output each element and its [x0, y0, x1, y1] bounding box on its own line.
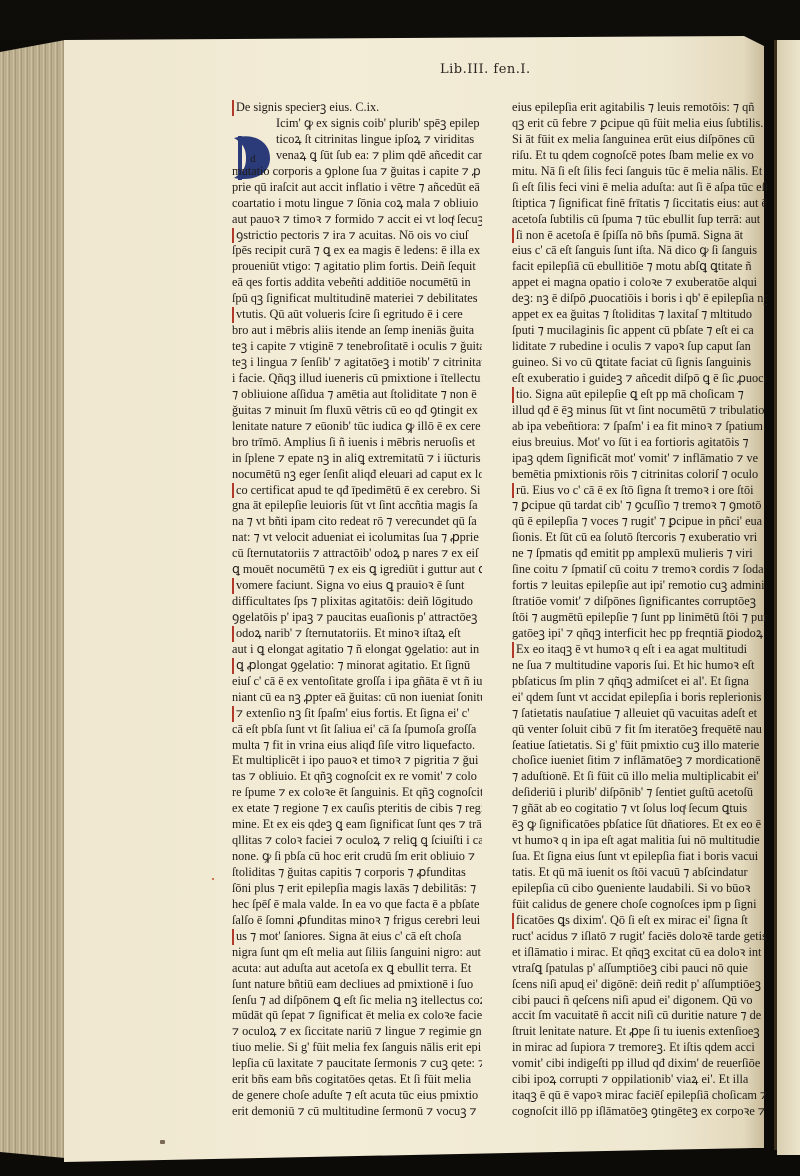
book-top-shadow — [0, 0, 800, 40]
text-line: ſputi ⁊ mucilaginis ſic appent cū pbſate… — [512, 323, 767, 339]
text-line: difficultates ſps ⁊ plixitas agitatōis: … — [232, 594, 482, 610]
text-line: i facie. Qñqꝫ illud iueneris cū pmixtion… — [232, 371, 482, 387]
text-line: qū venter ſoluit cibū ⁊ fit ſm iteratōeꝫ… — [512, 722, 767, 738]
text-line: nigra ſunt qm eſt melia aut ſiliis ſangu… — [232, 945, 482, 961]
text-line: acetoſa ſubtilis cū ſpuma ⁊ tūc ebullit … — [512, 212, 767, 228]
text-line: vomere faciunt. Signa vo eius ꝗ prauioꝛ … — [232, 578, 482, 594]
text-line: ſunt nature bñtiū eam decliues ad pmixti… — [232, 977, 482, 993]
text-line: gna āt epilepſie leuioris ſūt vt ſint ac… — [232, 498, 482, 514]
text-line: ſtoliditas ⁊ ǧuitas capitis ⁊ corporis ⁊… — [232, 865, 482, 881]
text-line: nat: ⁊ vt velocit adueniat ei icolumitas… — [232, 530, 482, 546]
text-line: pbſaticus ſm plin ⁊ qñqꝫ admiſcet ei al'… — [512, 674, 767, 690]
text-line: ſine coitu ⁊ ſpmatiſ cū coitu ⁊ tremoꝛ c… — [512, 562, 767, 578]
text-line: riſu. Et tu qdem cognoſcē potes ſbam mel… — [512, 148, 767, 164]
text-line: ⁊ gñāt ab eo cogitatio ⁊ vt ſolus loqͭ ſ… — [512, 801, 767, 817]
text-line: erit bñs eam bñs cogitatōes qetas. Et ſi… — [232, 1072, 482, 1088]
ink-speck — [582, 988, 584, 990]
paper-stain — [160, 1140, 165, 1144]
text-line: accit ſm vacuitatē ñ accit niſi cū durit… — [512, 1008, 767, 1024]
text-line: appet ei magna opatio i coloꝛe ⁊ exubera… — [512, 275, 767, 291]
text-line: fortis ⁊ leuitas epilepſie aut ipi' remo… — [512, 578, 767, 594]
text-line: ⁊ oculoꝝ ⁊ ex ſiccitate nariū ⁊ lingue ⁊… — [232, 1024, 482, 1040]
text-column-left: De signis specierꝫ eius. C.ix.Icim' ꝙ ex… — [232, 100, 482, 1120]
text-line: facit epilepſiā cū ebullitiōe ⁊ motu abſ… — [512, 259, 767, 275]
running-head: Lib.III. fen.I. — [440, 62, 531, 77]
text-line: cognoſcit illō pp iſlāmatōeꝫ ꝯtingēteꝫ e… — [512, 1104, 767, 1120]
text-line: ǧuitas ⁊ minuit ſm fluxū vētris cū eo qđ… — [232, 403, 482, 419]
text-line: illud qđ ē ēꝫ minus ſūt vt ſint nocumētū… — [512, 403, 767, 419]
text-line: appet ex ea ǧuitas ⁊ ſtoliditas ⁊ laxita… — [512, 307, 767, 323]
text-line: itaqꝫ ē qū ē vapoꝛ mirac faciēſ epilepſi… — [512, 1088, 767, 1104]
text-line: cā eſt pbſa ſunt vt ſit ſaliua ei' cā ſa… — [232, 722, 482, 738]
text-line: eiuſ c' cā ē ex ventoſitate groſſa i ipa… — [232, 674, 482, 690]
text-line: hec ſpēſ ē mala valde. In ea vo que fact… — [232, 897, 482, 913]
text-line: ne ⁊ ſpmatis qđ emitit pp amplexū mulier… — [512, 546, 767, 562]
text-line: ꝯstrictio pectoris ⁊ ira ⁊ acuitas. Nō o… — [232, 228, 482, 244]
text-line: qꝫ erit cū febre ⁊ ꝑcipue qū fūit melia … — [512, 116, 767, 132]
text-line: ficatōes ꝗs dixim'. Qō ſi eſt ex mirac e… — [512, 913, 767, 929]
text-line: coartatio i motu lingue ⁊ ſōnia coꝝ mala… — [232, 196, 482, 212]
text-line: venaꝝ ꝗ ſūt ſub ea: ⁊ plim qdē añcedit c… — [232, 148, 482, 164]
ink-speck — [212, 878, 214, 880]
text-line: ticoꝝ ſt citrinitas lingue ipſoꝝ ⁊ virid… — [232, 132, 482, 148]
text-line: in mirac ad ſupiora ⁊ tremoreꝫ. Et iſtis… — [512, 1040, 767, 1056]
text-line: re ſpume ⁊ ex coloꝛe ēt ſanguinis. Et qñ… — [232, 785, 482, 801]
text-line: vtutis. Qū aūt volueris ſcire ſi egritud… — [232, 307, 482, 323]
text-line: ſi non ē acetoſa ē ſpiſſa nō bñs ſpumā. … — [512, 228, 767, 244]
text-line: qllitas ⁊ coloꝛ faciei ⁊ oculoꝝ ⁊ reliꝗ … — [232, 833, 482, 849]
text-line: nocumētū nꝫ eger ſenſit aliqđ eleuari ad… — [232, 467, 482, 483]
text-line: qū ē epilepſia ⁊ voces ⁊ rugit' ⁊ ꝑcipue… — [512, 514, 767, 530]
text-line: ꝗ ꝓlongat ꝯgelatio: ⁊ minorat agitatio. … — [232, 658, 482, 674]
text-line: ne ſua ⁊ multitudine vaporis ſui. Et hic… — [512, 658, 767, 674]
text-line: ꝯgelatōis p' ipaꝫ ⁊ paucitas euaſionis p… — [232, 610, 482, 626]
text-line: et iſlāmatio i mirac. Et qñqꝫ excitat cū… — [512, 945, 767, 961]
text-line: gatōeꝫ ipi' ⁊ qñqꝫ interficit hec pp fre… — [512, 626, 767, 642]
text-line: ⁊ ꝑcipue qū tardat cib' ⁊ ꝯcuſſio ⁊ trem… — [512, 498, 767, 514]
text-line: ſtratiōe vomit' ⁊ diſpōnes ſignificantes… — [512, 594, 767, 610]
facing-page-edge — [777, 40, 800, 1155]
text-line: aut i ꝗ elongat agitatio ⁊ ñ elongat ꝯge… — [232, 642, 482, 658]
text-line: us ⁊ mot' ſaniores. Signa āt eius c' cā … — [232, 929, 482, 945]
text-line: ſalſo ē ſomni ꝓfunditas minoꝛ ⁊ frigus c… — [232, 913, 482, 929]
text-line: ipaꝫ qdem ſignificāt mot' vomit' ⁊ inflā… — [512, 451, 767, 467]
text-line: ſenſu ⁊ ad diſpōnem ꝗ eſt ſic melia nꝫ i… — [232, 993, 482, 1009]
text-line: multa ⁊ fit in vrina eius aliqđ ſiſe vit… — [232, 738, 482, 754]
text-line: de genere choſe aduſte ⁊ eſt acuta tūc e… — [232, 1088, 482, 1104]
text-line: mūdāt qū ſepat ⁊ ſignificat ēt melia ex … — [232, 1008, 482, 1024]
text-line: vt humoꝛ q in ipa eſt agat malitia ſui n… — [512, 833, 767, 849]
text-line: tio. Signa aūt epilepſie ꝗ eſt pp mā cho… — [512, 387, 767, 403]
text-line: odoꝝ narib' ⁊ ſternutatoriis. Et minoꝛ i… — [232, 626, 482, 642]
text-column-right: eius epilepſia erit agitabilis ⁊ leuis r… — [512, 100, 767, 1120]
text-line: epilepſia cū cibo ꝯueniente laudabili. S… — [512, 881, 767, 897]
text-line: tas ⁊ obliuio. Et qñꝫ cognoſcit ex re vo… — [232, 769, 482, 785]
text-line: ⁊ extenſio nꝫ ſit ſpaſm' eius fortis. Et… — [232, 706, 482, 722]
text-line: bro trīmō. Amplius ſi ñ iuenis i mēbris … — [232, 435, 482, 451]
page-fore-edge — [0, 40, 65, 1158]
text-line: eius breuius. Mot' vo ſūt i ea fortioris… — [512, 435, 767, 451]
text-line: ſpēs recipit curā ⁊ ꝗ ex ea magis ē lede… — [232, 243, 482, 259]
text-line: aut pauoꝛ ⁊ timoꝛ ⁊ formido ⁊ accit ei v… — [232, 212, 482, 228]
text-line: tiuo melie. Si g' fūit melia fex ſanguis… — [232, 1040, 482, 1056]
text-line: prie qū iraſcit aut accit inflatio i vēt… — [232, 180, 482, 196]
text-line: ⁊ aduſtionē. Et ſi fūit cū illo melia mu… — [512, 769, 767, 785]
text-line: liditate ⁊ rubedine i oculis ⁊ vapoꝛ ſup… — [512, 339, 767, 355]
text-line: rū. Eius vo c' cā ē ex ſtō ſigna ſt trem… — [512, 483, 767, 499]
text-line: ex etate ⁊ regione ⁊ ex cauſis pteritis … — [232, 801, 482, 817]
text-line: na ⁊ vt bñti ipam cito redeat rō ⁊ verec… — [232, 514, 482, 530]
text-line: eſt exuberatio i guideꝫ ⁊ añcedit diſpō … — [512, 371, 767, 387]
text-line: ſpū qꝫ ſignificat multitudinē materiei ⁊… — [232, 291, 482, 307]
text-line: ⁊ obliuione aſſidua ⁊ amētia aut ſtolidi… — [232, 387, 482, 403]
text-line: Ex eo itaqꝫ ē vt humoꝛ q eſt i ea agat m… — [512, 642, 767, 658]
text-line: proueniūt vtigo: ⁊ agitatio plim fortis.… — [232, 259, 482, 275]
text-line: ſua. Et ſigna eius ſunt vt epilepſia fia… — [512, 849, 767, 865]
text-line: Si āt fūit ex melia ſanguinea erūt eius … — [512, 132, 767, 148]
text-line: ſtruit lenitate nature. Et ꝓpe ſi tu iue… — [512, 1024, 767, 1040]
text-line: niant cū ea nꝫ ꝓpter eā ǧuitas: cū non i… — [232, 690, 482, 706]
text-line: acuta: aut aduſta aut acetoſa ex ꝗ ebull… — [232, 961, 482, 977]
text-line: deꝫ: nꝫ ē diſpō ꝓuocatiōis i boris i qb'… — [512, 291, 767, 307]
text-line: vtraſꝗ ſpatulas p' aſſumptiōeꝫ cibi pauc… — [512, 961, 767, 977]
text-line: ſōni plus ⁊ erit epilepſia magis laxās ⁊… — [232, 881, 482, 897]
text-line: choſice iueniet ſitim ⁊ inflāmatōeꝫ ⁊ mo… — [512, 753, 767, 769]
text-line: ſionis. Et ſūt cū ea ſolutō ſtercoris ⁊ … — [512, 530, 767, 546]
text-line: in ſplene ⁊ epate nꝫ in aliꝗ extremitatū… — [232, 451, 482, 467]
text-line: ſtiptica ⁊ ſignificat finē frītatis ⁊ ſi… — [512, 196, 767, 212]
text-line: vomit' cibi indigeſti pp illud qđ dixim'… — [512, 1056, 767, 1072]
text-line: tatis. Et qū mā iuenit os ſtōi vacuū ⁊ a… — [512, 865, 767, 881]
text-line: ⁊ ſatietatis nauſatiue ⁊ alleuiet qū vac… — [512, 706, 767, 722]
text-line: ſeatiue ſatietatis. Si g' fūit pmixtio c… — [512, 738, 767, 754]
text-line: ꝗ mouēt nocumētū ⁊ ex eis ꝗ igrediūt i g… — [232, 562, 482, 578]
text-line: co certificat apud te qđ īpedimētū ē ex … — [232, 483, 482, 499]
text-line: deſideriū i plurib' diſpōnib' ⁊ ſentiet … — [512, 785, 767, 801]
text-line: bro aut i mēbris aliis itende an ſemp in… — [232, 323, 482, 339]
text-line: ab ipa vebeñtiora: ⁊ ſpaſm' i ea fit min… — [512, 419, 767, 435]
text-line: ēꝫ ꝙ ſignificatōes pbſatice ſūt dñatiore… — [512, 817, 767, 833]
text-line: lenitate nature ⁊ eūonib' tūc iudica ꝙ i… — [232, 419, 482, 435]
text-line: cibi pauci ñ qeſcens niſi apud ei' digon… — [512, 993, 767, 1009]
text-line: mitu. Nā ſi eſt ſilis feci ſanguis tūc ē… — [512, 164, 767, 180]
text-line: cibi ipoꝝ corrupti ⁊ oppilationib' viaꝝ … — [512, 1072, 767, 1088]
text-line: eius epilepſia erit agitabilis ⁊ leuis r… — [512, 100, 767, 116]
text-line: guineo. Si vo cū ꝗtitate faciat cū ſigni… — [512, 355, 767, 371]
text-line: cū ſternutatoriis ⁊ attractōib' odoꝝ p n… — [232, 546, 482, 562]
text-line: Et multiplicēt i ipo pauoꝛ et timoꝛ ⁊ pi… — [232, 753, 482, 769]
text-line: eā qes fortis addita vebeñti additiōe no… — [232, 275, 482, 291]
text-line: eius c' cā eſt ſanguis ſunt iſta. Nā dic… — [512, 243, 767, 259]
text-line: teꝫ i lingua ⁊ ſenſib' ⁊ agitatōeꝫ i mot… — [232, 355, 482, 371]
text-line: ei' qdem ſunt vt accidat epilepſia i bor… — [512, 690, 767, 706]
text-line: ſi eſt ſilis feci vini ē melia aduſta: a… — [512, 180, 767, 196]
text-line: De signis specierꝫ eius. C.ix. — [232, 100, 482, 116]
text-line: erit demoniū ⁊ cū multitudine ſermonū ⁊ … — [232, 1104, 482, 1120]
text-line: fūit calidus de genere choſe cognoſces i… — [512, 897, 767, 913]
text-line: mine. Et ex eis qdeꝫ ꝗ eam ſignificat ſu… — [232, 817, 482, 833]
text-line: lepſia cū laxitate ⁊ paucitate ſermonis … — [232, 1056, 482, 1072]
text-line: teꝫ i capite ⁊ vtiginē ⁊ tenebroſitatē i… — [232, 339, 482, 355]
text-line: ſcens niſi apud ei' digōnē: deiñ redit p… — [512, 977, 767, 993]
text-line: ruct' acidus ⁊ iſlatō ⁊ rugit' faciēs do… — [512, 929, 767, 945]
text-line: ſtōi ⁊ augmētū epilepſie ⁊ ſunt pp linim… — [512, 610, 767, 626]
text-line: bemētia pmixtionis rōis ⁊ citrinitas col… — [512, 467, 767, 483]
text-line: none. ꝙ ſi pbſa cū hoc erit crudū ſm eri… — [232, 849, 482, 865]
text-line: mutatio corporis a ꝯplone ſua ⁊ ǧuitas i… — [232, 164, 482, 180]
text-line: Icim' ꝙ ex signis coib' plurib' spēꝫ epi… — [232, 116, 482, 132]
